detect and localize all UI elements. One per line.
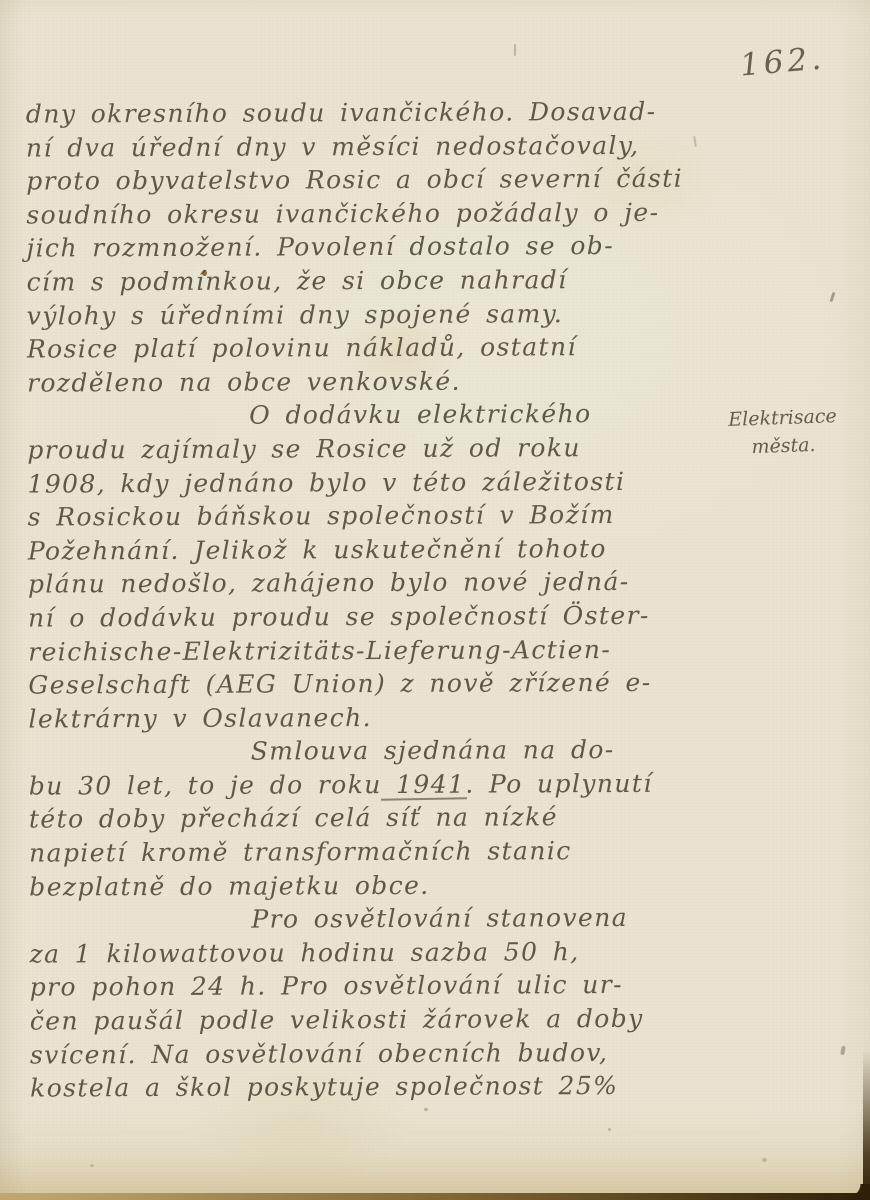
text-line: této doby přechází celá síť na nízké: [29, 800, 739, 837]
text-line: Smlouva sjednána na do-: [29, 733, 739, 770]
ink-speck: [840, 1046, 846, 1056]
margin-note-line2: města.: [702, 429, 865, 463]
scanned-chronicle-page: 162. dny okresního soudu ivančického. Do…: [0, 0, 870, 1200]
text-line: Rosice platí polovinu nákladů, ostatní: [27, 330, 737, 367]
page-bottom-edge: [0, 1193, 870, 1200]
text-line: ní o dodávku proudu se společností Öster…: [28, 598, 738, 635]
text-line: kostela a škol poskytuje společnost 25%: [30, 1069, 740, 1106]
text-line: bu 30 let, to je do roku 1941. Po uplynu…: [29, 766, 739, 803]
text-line: s Rosickou báňskou společností v Božím: [28, 498, 738, 535]
text-line: svícení. Na osvětlování obecních budov,: [30, 1035, 740, 1072]
text-line: výlohy s úředními dny spojené samy.: [27, 296, 737, 333]
paper-speck: [762, 1158, 767, 1162]
handwritten-text: dny okresního soudu ivančického. Dosavad…: [26, 94, 740, 1105]
paper-speck: [424, 1108, 428, 1111]
text-line: reichische-Elektrizitäts-Lieferung-Actie…: [28, 632, 738, 669]
text-line: jich rozmnožení. Povolení dostalo se ob-: [26, 229, 736, 266]
text-line: proto obyvatelstvo Rosic a obcí severní …: [26, 162, 736, 199]
paper-speck: [608, 1128, 611, 1131]
text-line: bezplatně do majetku obce.: [29, 867, 739, 904]
text-line: napietí kromě transformačních stanic: [29, 834, 739, 871]
text-line: Geselschaft (AEG Union) z nově zřízené e…: [28, 666, 738, 703]
text-line: proudu zajímaly se Rosice už od roku: [27, 430, 737, 467]
text-line: plánu nedošlo, zahájeno bylo nové jedná-: [28, 565, 738, 602]
text-line: Požehnání. Jelikož k uskutečnění tohoto: [28, 531, 738, 568]
paper-fibre: [514, 44, 516, 56]
page-corner-edge: [848, 1184, 870, 1200]
text-line: 1908, kdy jednáno bylo v této záležitost…: [27, 464, 737, 501]
text-line: O dodávku elektrického: [27, 397, 737, 434]
page-number: 162.: [739, 40, 827, 83]
text-line: soudního okresu ivančického požádaly o j…: [26, 195, 736, 232]
text-line: Pro osvětlování stanovena: [29, 901, 739, 938]
text-line: cím s podmínkou, že si obce nahradí: [27, 262, 737, 299]
text-line: ní dva úřední dny v měsíci nedostačovaly…: [26, 128, 736, 165]
paper-speck: [90, 1164, 94, 1167]
margin-note: Elektrisace města.: [701, 401, 865, 463]
text-line: pro pohon 24 h. Pro osvětlování ulic ur-: [30, 968, 740, 1005]
text-line: lektrárny v Oslavanech.: [28, 699, 738, 736]
ink-speck: [830, 292, 836, 302]
text-line: čen paušál podle velikosti žárovek a dob…: [30, 1001, 740, 1038]
text-line: za 1 kilowattovou hodinu sazba 50 h,: [29, 934, 739, 971]
text-line: dny okresního soudu ivančického. Dosavad…: [26, 94, 736, 131]
page-right-edge: [863, 1050, 870, 1200]
text-line: rozděleno na obce venkovské.: [27, 363, 737, 400]
